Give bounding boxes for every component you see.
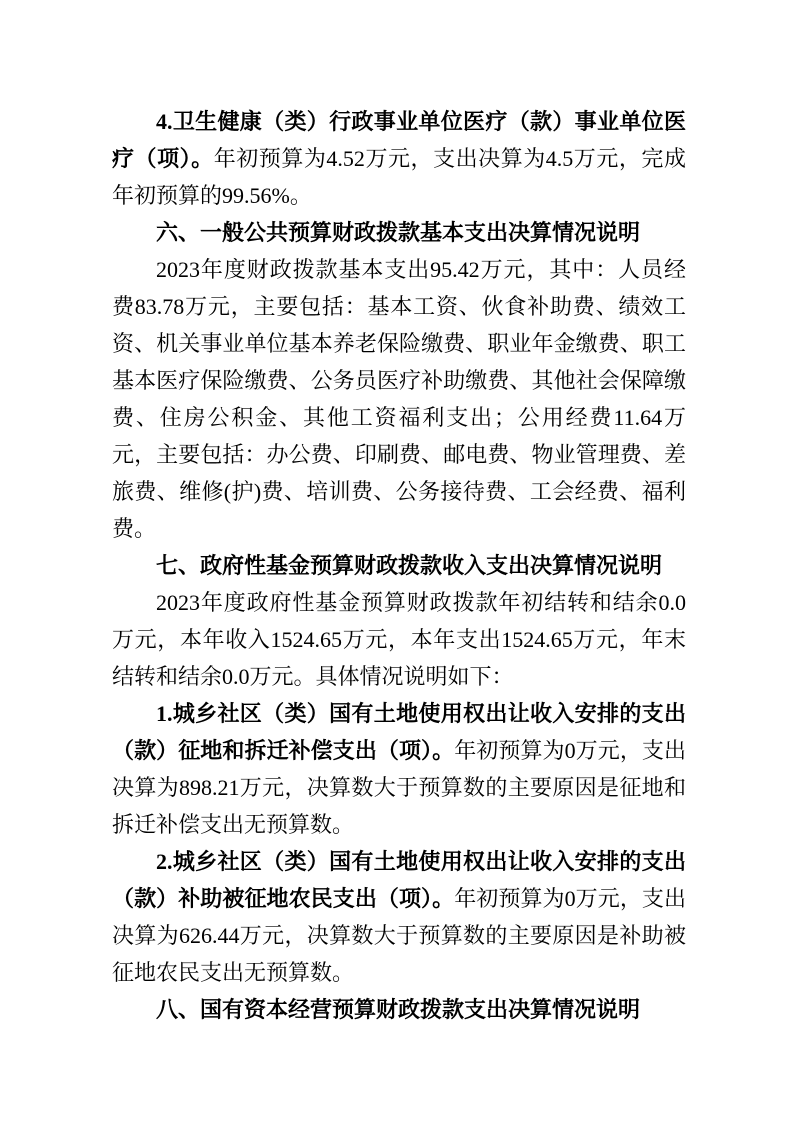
section-heading-8: 八、国有资本经营预算财政拨款支出决算情况说明	[112, 991, 686, 1028]
clause-item-4: 4.卫生健康（类）行政事业单位医疗（款）事业单位医疗（项）。年初预算为4.52万…	[112, 103, 686, 214]
clause-item-2: 2.城乡社区（类）国有土地使用权出让收入安排的支出（款）补助被征地农民支出（项）…	[112, 843, 686, 991]
paragraph-basic-expenditure: 2023年度财政拨款基本支出95.42万元，其中：人员经费83.78万元，主要包…	[112, 251, 686, 547]
section-heading-7: 七、政府性基金预算财政拨款收入支出决算情况说明	[112, 547, 686, 584]
document-page: 4.卫生健康（类）行政事业单位医疗（款）事业单位医疗（项）。年初预算为4.52万…	[112, 103, 686, 1028]
paragraph-govt-fund-summary: 2023年度政府性基金预算财政拨款年初结转和结余0.0万元，本年收入1524.6…	[112, 584, 686, 695]
clause-item-1: 1.城乡社区（类）国有土地使用权出让收入安排的支出（款）征地和拆迁补偿支出（项）…	[112, 695, 686, 843]
section-heading-6: 六、一般公共预算财政拨款基本支出决算情况说明	[112, 214, 686, 251]
